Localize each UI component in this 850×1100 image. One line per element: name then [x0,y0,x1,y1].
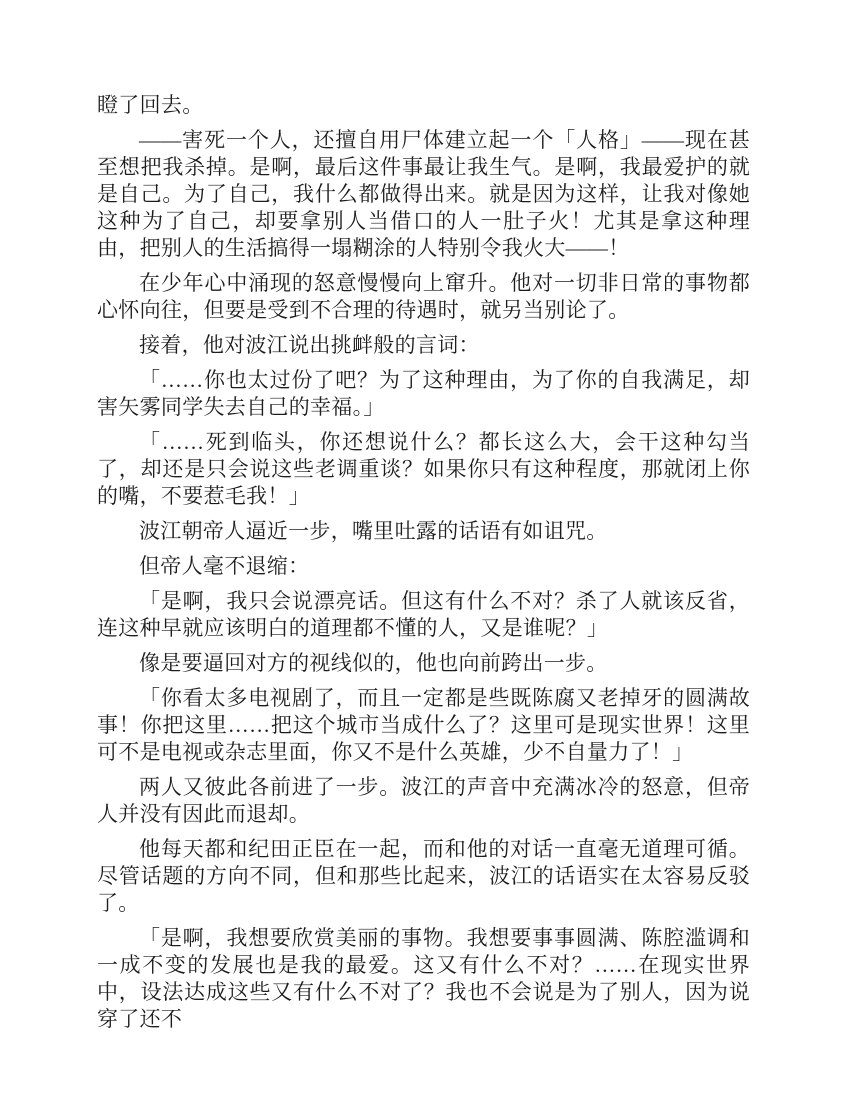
paragraph: 「是啊，我想要欣赏美丽的事物。我想要事事圆满、陈腔滥调和一成不变的发展也是我的最… [97,925,750,1033]
paragraph: 接着，他对波江说出挑衅般的言词： [97,332,750,359]
paragraph: 像是要逼回对方的视线似的，他也向前跨出一步。 [97,650,750,677]
paragraph: 他每天都和纪田正臣在一起，而和他的对话一直毫无道理可循。尽管话题的方向不同，但和… [97,836,750,917]
book-page: 瞪了回去。——害死一个人，还擅自用尸体建立起一个「人格」——现在甚至想把我杀掉。… [0,0,850,1100]
paragraph: 但帝人毫不退缩： [97,553,750,580]
paragraph: 在少年心中涌现的怒意慢慢向上窜升。他对一切非日常的事物都心怀向往，但要是受到不合… [97,270,750,324]
paragraph: 「是啊，我只会说漂亮话。但这有什么不对？杀了人就该反省，连这种早就应该明白的道理… [97,588,750,642]
paragraph: 「……死到临头，你还想说什么？都长这么大，会干这种勾当了，却还是只会说这些老调重… [97,429,750,510]
paragraph: ——害死一个人，还擅自用尸体建立起一个「人格」——现在甚至想把我杀掉。是啊，最后… [97,127,750,262]
paragraph: 「……你也太过份了吧？为了这种理由，为了你的自我满足，却害矢雾同学失去自己的幸福… [97,367,750,421]
paragraph: 波江朝帝人逼近一步，嘴里吐露的话语有如诅咒。 [97,518,750,545]
paragraph: 「你看太多电视剧了，而且一定都是些既陈腐又老掉牙的圆满故事！你把这里……把这个城… [97,685,750,766]
paragraph: 瞪了回去。 [97,92,750,119]
paragraph: 两人又彼此各前进了一步。波江的声音中充满冰冷的怒意，但帝人并没有因此而退却。 [97,774,750,828]
text-column: 瞪了回去。——害死一个人，还擅自用尸体建立起一个「人格」——现在甚至想把我杀掉。… [97,92,750,1041]
